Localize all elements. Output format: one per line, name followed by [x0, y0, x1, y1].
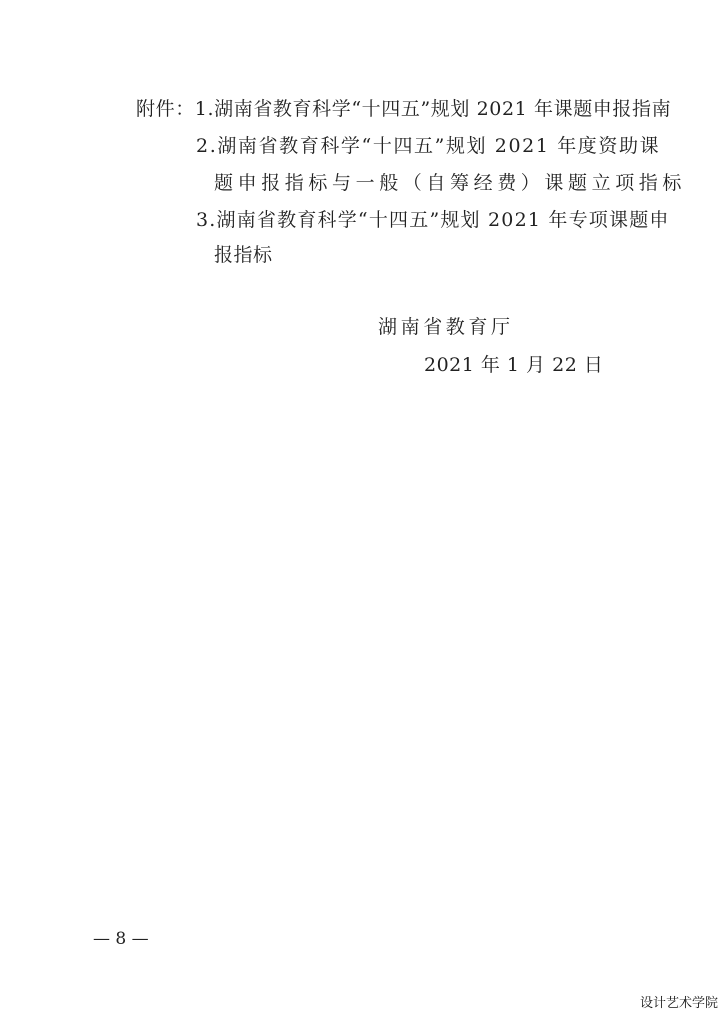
- attachment-item-1-line: 附件：1.湖南省教育科学“十四五”规划 2021 年课题申报指南: [136, 97, 671, 121]
- attachment-item-2-line-1: 2.湖南省教育科学“十四五”规划 2021 年度资助课: [196, 134, 660, 158]
- page-number: — 8 —: [93, 929, 149, 949]
- signature-organization: 湖南省教育厅: [378, 315, 514, 339]
- signature-date: 2021 年 1 月 22 日: [424, 353, 603, 377]
- watermark: 设计艺术学院: [640, 996, 718, 1012]
- attachment-item-3-line-2: 报指标: [214, 243, 273, 267]
- attachment-item-3-line-1: 3.湖南省教育科学“十四五”规划 2021 年专项课题申: [196, 208, 670, 232]
- attachment-item-2-line-2: 题申报指标与一般（自筹经费）课题立项指标: [214, 171, 686, 195]
